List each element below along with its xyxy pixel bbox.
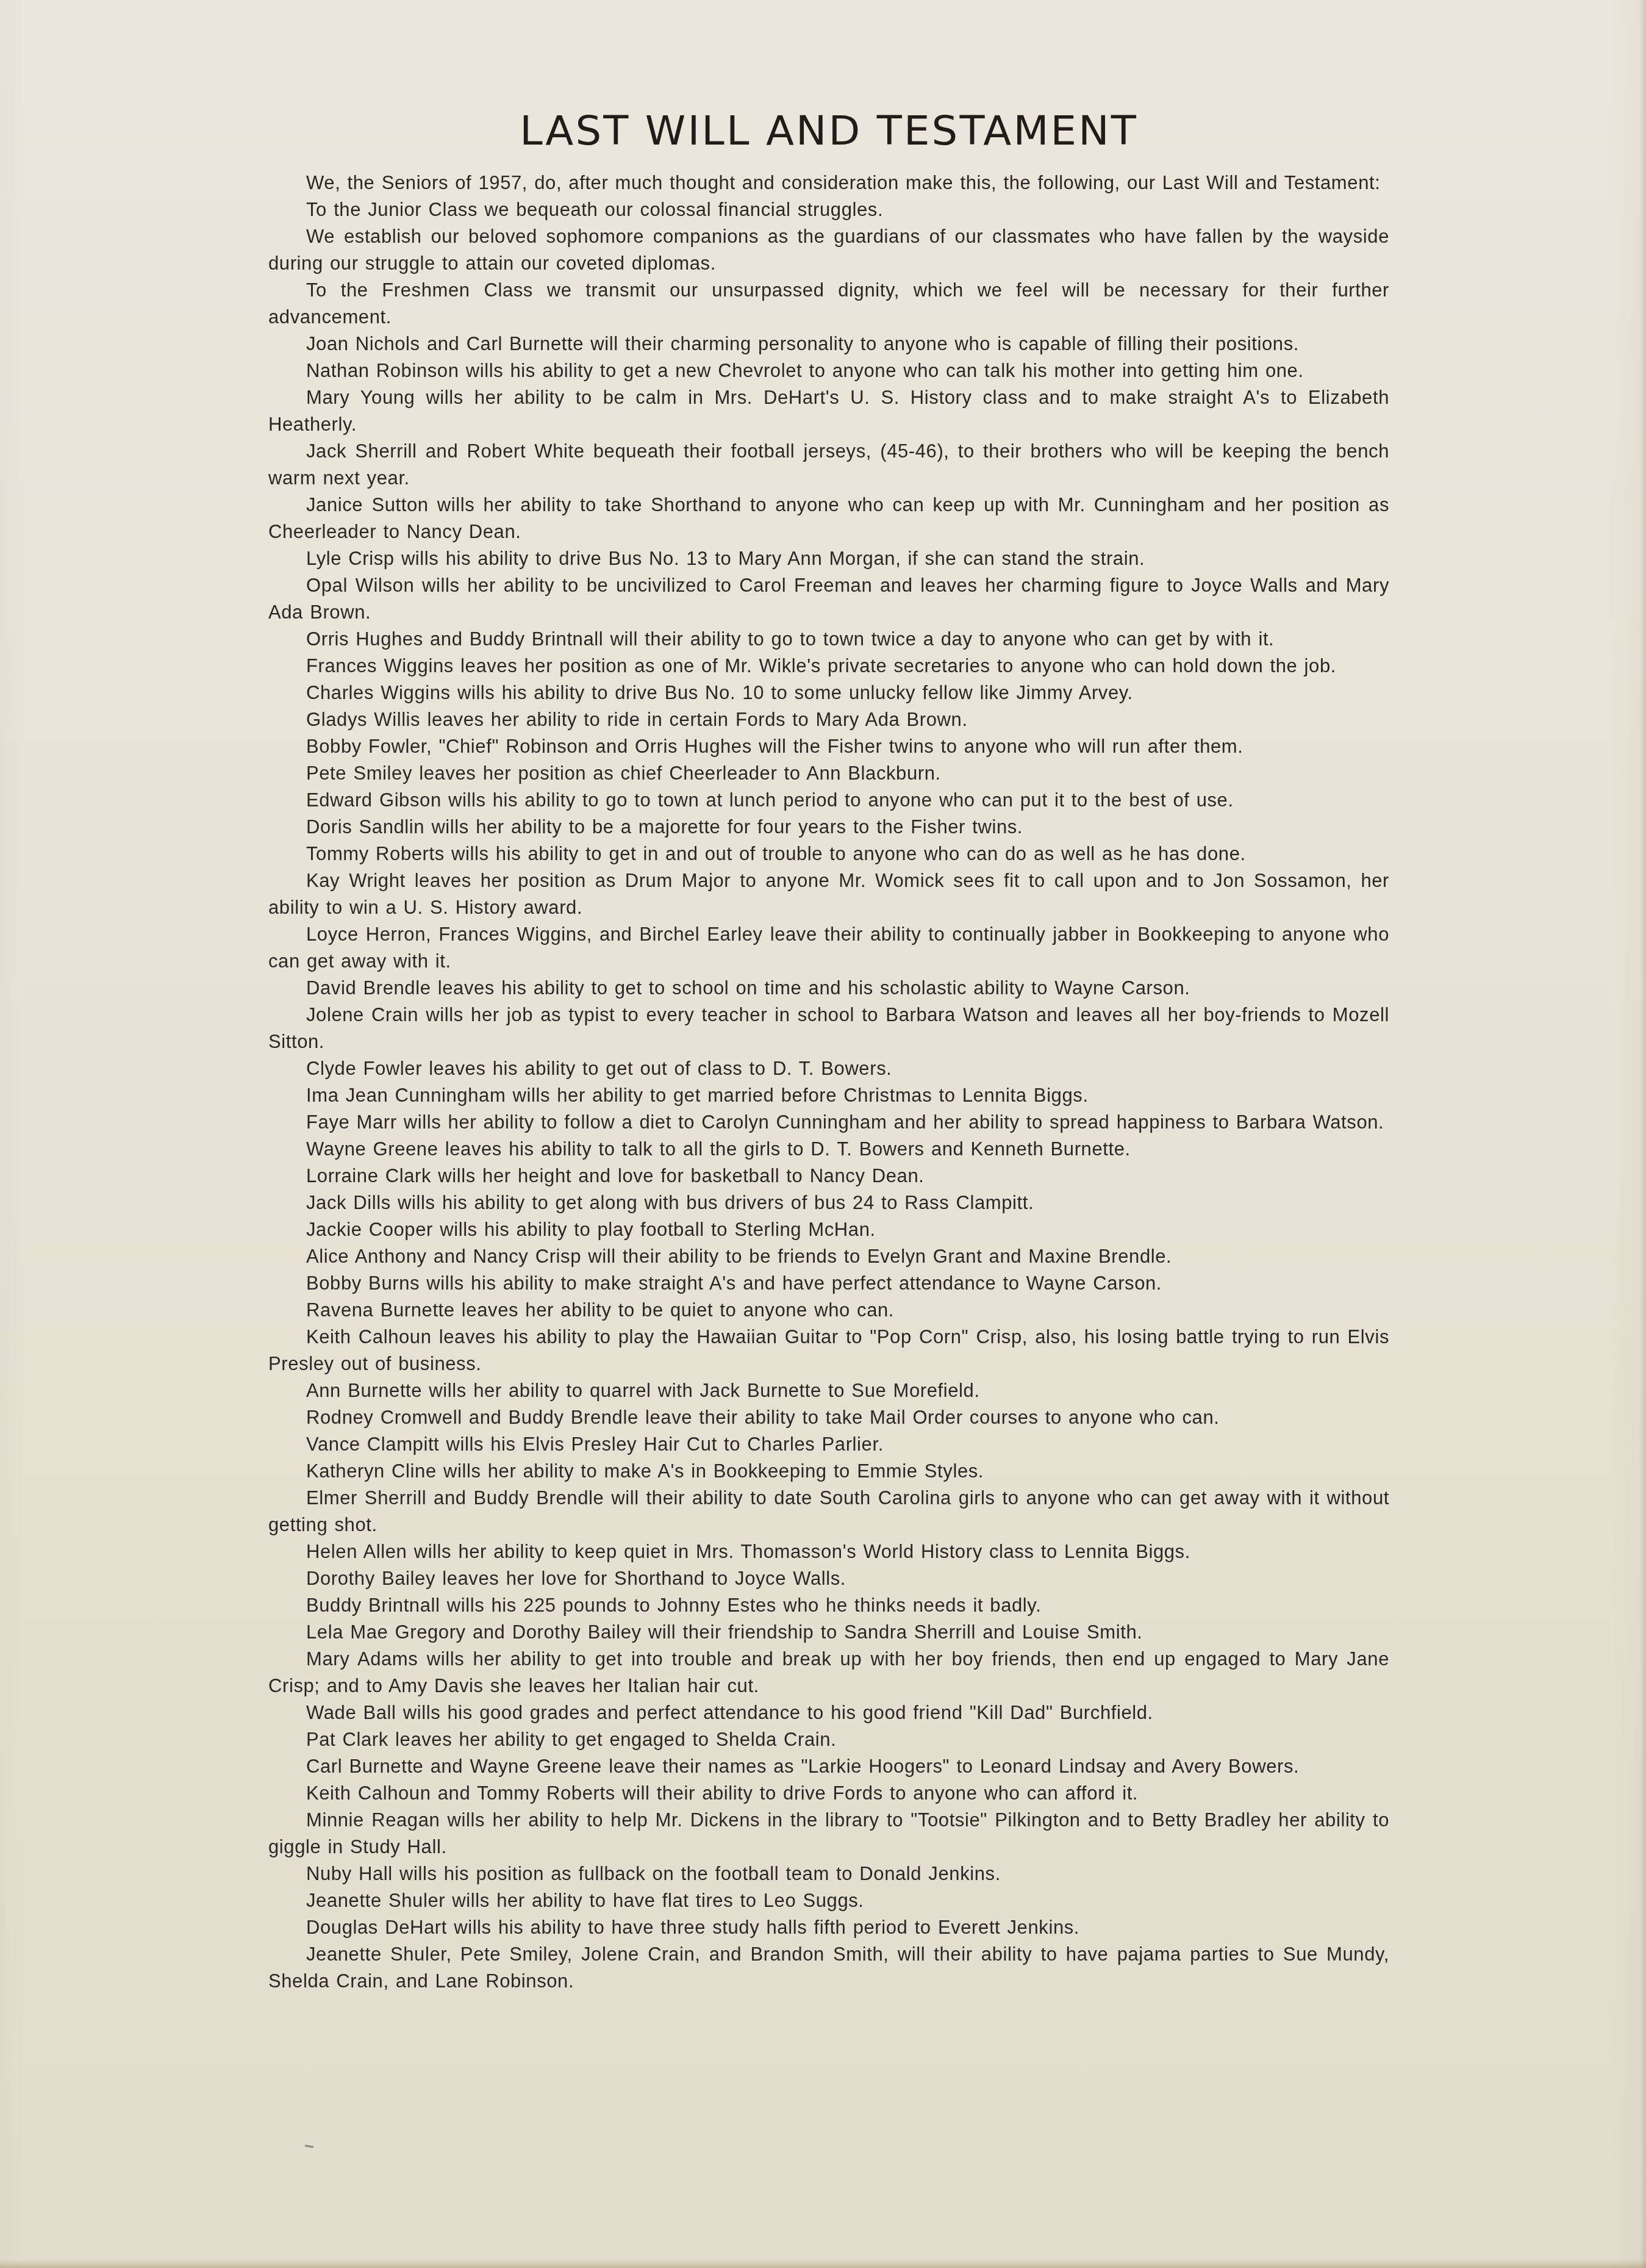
paragraph: Opal Wilson wills her ability to be unci… — [268, 572, 1389, 626]
yearbook-page: LAST WILL AND TESTAMENT We, the Seniors … — [268, 104, 1389, 1995]
paragraph: To the Junior Class we bequeath our colo… — [268, 196, 1389, 223]
paragraph: Joan Nichols and Carl Burnette will thei… — [268, 331, 1389, 357]
paragraph: Buddy Brintnall wills his 225 pounds to … — [268, 1592, 1389, 1619]
paragraph: Keith Calhoun and Tommy Roberts will the… — [268, 1780, 1389, 1807]
paragraph: Wade Ball wills his good grades and perf… — [268, 1699, 1389, 1726]
paragraph: Tommy Roberts wills his ability to get i… — [268, 841, 1389, 867]
paragraph: Lyle Crisp wills his ability to drive Bu… — [268, 545, 1389, 572]
paragraph: Loyce Herron, Frances Wiggins, and Birch… — [268, 921, 1389, 975]
paragraph: Faye Marr wills her ability to follow a … — [268, 1109, 1389, 1136]
paragraph: Rodney Cromwell and Buddy Brendle leave … — [268, 1404, 1389, 1431]
paragraph: Jolene Crain wills her job as typist to … — [268, 1002, 1389, 1055]
paragraph: Frances Wiggins leaves her position as o… — [268, 653, 1389, 680]
page-title: LAST WILL AND TESTAMENT — [257, 104, 1401, 159]
paragraph: Ima Jean Cunningham wills her ability to… — [268, 1082, 1389, 1109]
paragraph: Mary Adams wills her ability to get into… — [268, 1646, 1389, 1699]
paragraph: Elmer Sherrill and Buddy Brendle will th… — [268, 1485, 1389, 1538]
paragraph: Jack Sherrill and Robert White bequeath … — [268, 438, 1389, 492]
paragraph: Clyde Fowler leaves his ability to get o… — [268, 1055, 1389, 1082]
paragraph: Katheryn Cline wills her ability to make… — [268, 1458, 1389, 1485]
paragraph: Orris Hughes and Buddy Brintnall will th… — [268, 626, 1389, 653]
paragraph: Charles Wiggins wills his ability to dri… — [268, 680, 1389, 706]
paragraph: Bobby Burns wills his ability to make st… — [268, 1270, 1389, 1297]
page-edge-bottom — [0, 2259, 1646, 2268]
paragraph: Keith Calhoun leaves his ability to play… — [268, 1324, 1389, 1377]
paragraph: Minnie Reagan wills her ability to help … — [268, 1807, 1389, 1861]
paragraph: Ravena Burnette leaves her ability to be… — [268, 1297, 1389, 1324]
paragraph-preamble: We, the Seniors of 1957, do, after much … — [268, 170, 1389, 196]
paragraph: Jackie Cooper wills his ability to play … — [268, 1216, 1389, 1243]
paragraph: Jack Dills wills his ability to get alon… — [268, 1190, 1389, 1216]
stray-ink-mark — [305, 2145, 313, 2148]
paragraph: Mary Young wills her ability to be calm … — [268, 384, 1389, 438]
paragraph: Bobby Fowler, "Chief" Robinson and Orris… — [268, 733, 1389, 760]
paragraph: We establish our beloved sophomore compa… — [268, 223, 1389, 277]
paragraph: Nuby Hall wills his position as fullback… — [268, 1861, 1389, 1887]
paragraph: Douglas DeHart wills his ability to have… — [268, 1914, 1389, 1941]
paragraph: Jeanette Shuler wills her ability to hav… — [268, 1887, 1389, 1914]
page-edge-right — [1640, 0, 1646, 2268]
paragraph: Lela Mae Gregory and Dorothy Bailey will… — [268, 1619, 1389, 1646]
paragraph: Ann Burnette wills her ability to quarre… — [268, 1377, 1389, 1404]
paragraph: Pete Smiley leaves her position as chief… — [268, 760, 1389, 787]
paragraph: Nathan Robinson wills his ability to get… — [268, 357, 1389, 384]
paragraph: Lorraine Clark wills her height and love… — [268, 1163, 1389, 1190]
paragraph: Pat Clark leaves her ability to get enga… — [268, 1726, 1389, 1753]
paragraph: To the Freshmen Class we transmit our un… — [268, 277, 1389, 331]
paragraph: Janice Sutton wills her ability to take … — [268, 492, 1389, 545]
paragraph: Wayne Greene leaves his ability to talk … — [268, 1136, 1389, 1163]
paragraph: Jeanette Shuler, Pete Smiley, Jolene Cra… — [268, 1941, 1389, 1995]
paragraph: Vance Clampitt wills his Elvis Presley H… — [268, 1431, 1389, 1458]
paragraph: Doris Sandlin wills her ability to be a … — [268, 814, 1389, 841]
will-body: We, the Seniors of 1957, do, after much … — [268, 170, 1389, 1995]
paragraph: Gladys Willis leaves her ability to ride… — [268, 706, 1389, 733]
paragraph: Alice Anthony and Nancy Crisp will their… — [268, 1243, 1389, 1270]
paragraph: Carl Burnette and Wayne Greene leave the… — [268, 1753, 1389, 1780]
paragraph: Kay Wright leaves her position as Drum M… — [268, 867, 1389, 921]
paragraph: Helen Allen wills her ability to keep qu… — [268, 1538, 1389, 1565]
paragraph: David Brendle leaves his ability to get … — [268, 975, 1389, 1002]
paragraph: Edward Gibson wills his ability to go to… — [268, 787, 1389, 814]
paragraph: Dorothy Bailey leaves her love for Short… — [268, 1565, 1389, 1592]
